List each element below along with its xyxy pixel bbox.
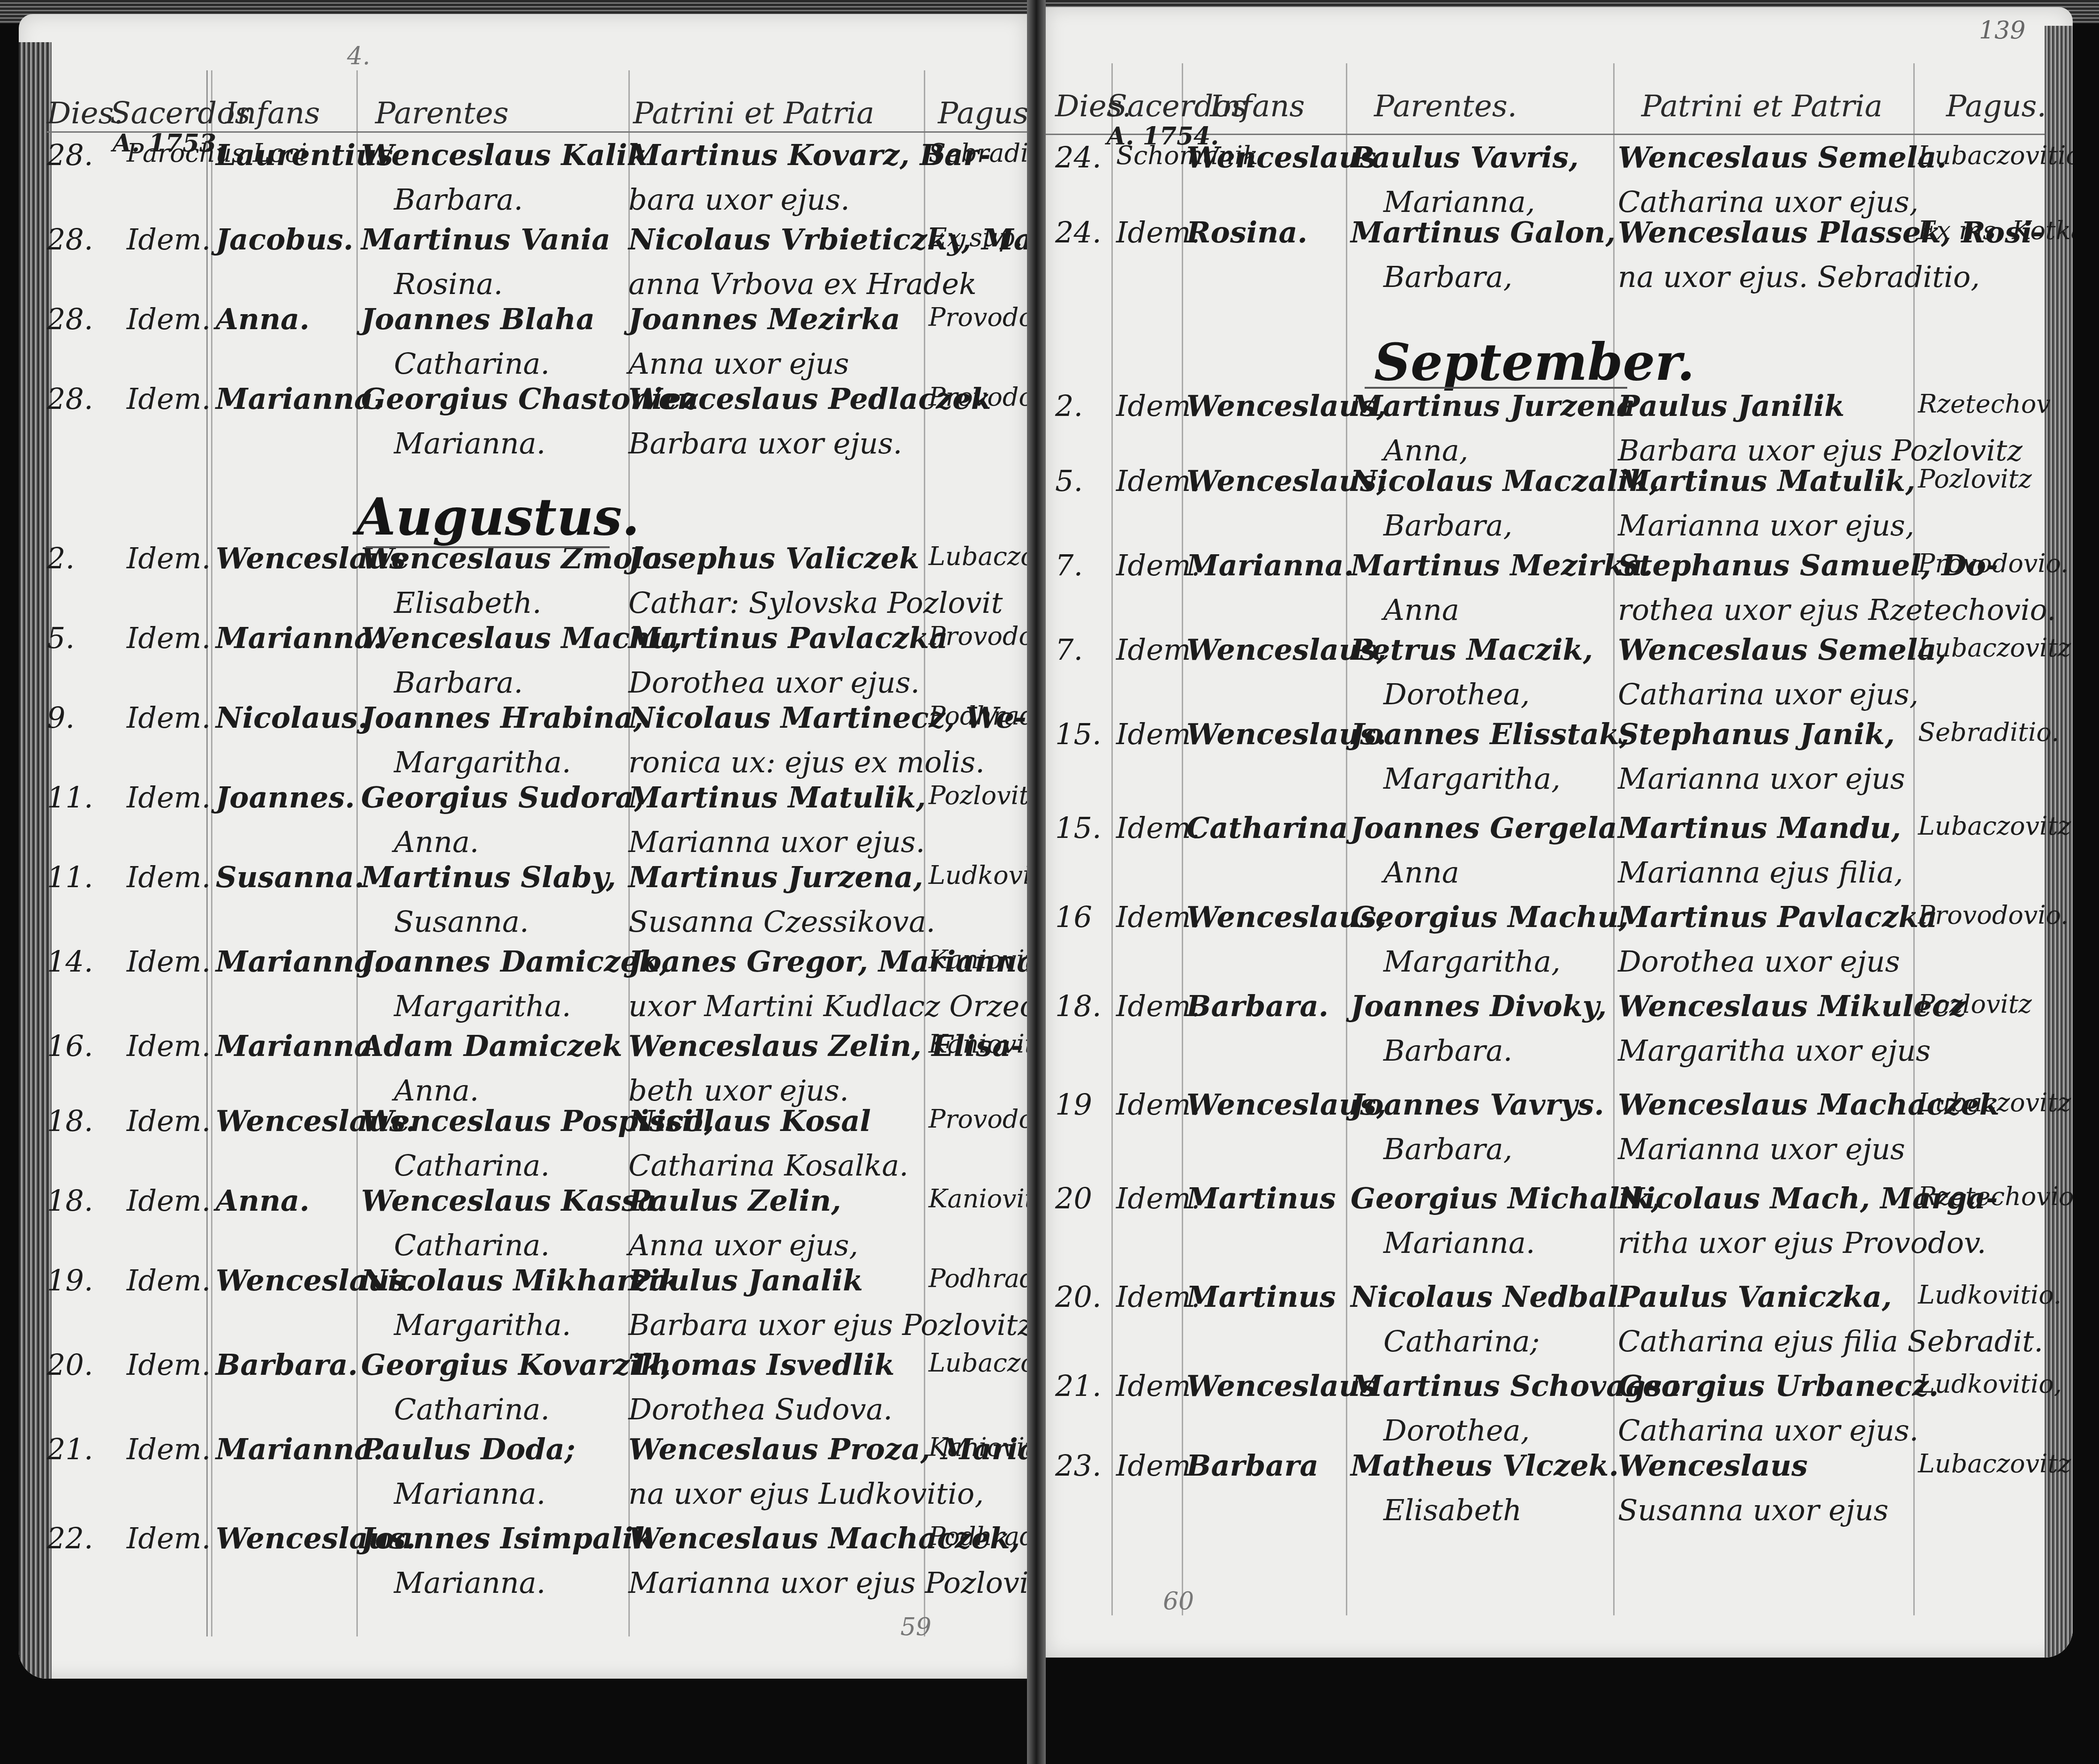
entry-godparent-line2: Barbara uxor ejus Pozlovitz	[628, 1311, 1027, 1340]
entry-pagus: Kaniovitz	[929, 1435, 1027, 1460]
entry-infans: Marianna.	[216, 947, 383, 976]
header-pagus: Pagus.	[1946, 89, 2046, 124]
entry-parent-mother: Dorothea,	[1383, 1416, 1530, 1445]
entry-sacerdos: Idem.	[127, 947, 211, 976]
entry-dies: 5.	[47, 624, 75, 653]
entry-parent-mother: Barbara.	[1383, 1036, 1512, 1065]
entry-parent-father: Martinus Mezirka.	[1351, 551, 1653, 580]
entry-parent-mother: Barbara.	[394, 668, 523, 697]
entry-sacerdos: Idem	[1116, 720, 1191, 749]
entry-sacerdos: Idem.	[127, 1435, 211, 1464]
entry-godparent-line2: Catharina uxor ejus,	[1618, 680, 1918, 709]
entry-dies: 20.	[47, 1350, 93, 1380]
entry-parent-mother: Marianna,	[1383, 188, 1535, 217]
entry-dies: 7.	[1055, 551, 1083, 580]
header-infans: Infans	[225, 96, 320, 131]
entry-infans: Martinus	[1186, 1282, 1336, 1312]
page-stack-edge	[2045, 26, 2073, 1658]
entry-godparent-line2: Barbara uxor ejus.	[628, 429, 902, 458]
entry-pagus: Provodovio.	[1918, 551, 2069, 576]
entry-godparent-line1: Wenceslaus Semela.	[1618, 143, 1947, 172]
entry-infans: Barbara	[1186, 1451, 1319, 1480]
entry-infans: Marianna.	[216, 1435, 383, 1464]
entry-sacerdos: Idem.	[127, 1186, 211, 1215]
entry-infans: Marianna.	[216, 384, 383, 414]
entry-godparent-line2: Catharina uxor ejus.	[1618, 1416, 1918, 1445]
entry-parent-father: Wenceslaus Kalik	[361, 141, 648, 170]
column-rule	[356, 70, 358, 1636]
entry-infans: Joannes.	[216, 783, 355, 812]
entry-dies: 24.	[1055, 218, 1102, 247]
entry-pagus: Ludkovitio,	[1918, 1372, 2062, 1397]
entry-pagus: Pozlovitz	[1918, 467, 2032, 492]
entry-infans: Wenceslaus	[1186, 1372, 1376, 1401]
entry-godparent-line2: Margaritha uxor ejus	[1618, 1036, 1931, 1065]
entry-parent-father: Wenceslaus Zmola	[361, 544, 662, 573]
entry-parent-mother: Susanna.	[394, 907, 529, 936]
month-underline	[366, 546, 610, 548]
entry-godparent-line2: anna Vrbova ex Hradek	[628, 270, 977, 299]
entry-pagus: Provodovio.	[1918, 903, 2069, 928]
header-pagus: Pagus.	[938, 96, 1027, 131]
entry-parent-father: Paulus Doda;	[361, 1435, 575, 1464]
entry-sacerdos: Idem.	[127, 624, 211, 653]
entry-godparent-line1: Nicolaus Kosal	[628, 1107, 871, 1136]
entry-parent-mother: Elisabeth.	[394, 588, 542, 618]
entry-parent-father: Nicolaus Maczalik,	[1351, 467, 1659, 496]
entry-godparent-line1: Stephanus Janik,	[1618, 720, 1895, 749]
entry-parent-mother: Barbara,	[1383, 1135, 1512, 1164]
entry-parent-father: Wenceslaus Kassa.	[361, 1186, 667, 1215]
bottom-page-number: 60	[1163, 1587, 1194, 1615]
entry-dies: 21.	[47, 1435, 93, 1464]
entry-parent-mother: Anna	[1383, 596, 1459, 625]
column-rule	[1111, 63, 1113, 1615]
entry-pagus: Ludkovitz	[929, 863, 1027, 888]
entry-infans: Susanna.	[216, 863, 364, 892]
entry-sacerdos: Idem	[1116, 1451, 1191, 1480]
entry-dies: 7.	[1055, 635, 1083, 664]
entry-dies: 24.	[1055, 143, 1102, 172]
entry-godparent-line1: Martinus Mandu,	[1618, 814, 1901, 843]
entry-parent-mother: Barbara.	[394, 185, 523, 214]
entry-parent-mother: Catharina.	[394, 349, 550, 378]
entry-dies: 28.	[47, 141, 93, 170]
entry-infans: Anna.	[216, 305, 310, 334]
entry-parent-father: Matheus Vlczek.	[1351, 1451, 1619, 1480]
entry-parent-mother: Margaritha.	[394, 1311, 571, 1340]
entry-parent-father: Nicolaus Nedbal.	[1351, 1282, 1629, 1312]
entry-godparent-line2: Marianna ejus filia,	[1618, 858, 1903, 887]
entry-parent-mother: Barbara,	[1383, 263, 1512, 292]
entry-parent-father: Martinus Vania	[361, 225, 611, 254]
entry-parent-mother: Margaritha.	[394, 748, 571, 777]
entry-pagus: Lubaczovitz	[929, 544, 1027, 569]
entry-dies: 11.	[47, 783, 93, 812]
entry-godparent-line2: Dorothea uxor ejus.	[628, 668, 920, 697]
entry-godparent-line2: Cathar: Sylovska Pozlovit	[628, 588, 1003, 618]
folio-mark: 4.	[347, 42, 370, 70]
entry-godparent-line2: Catharina Kosalka.	[628, 1151, 908, 1180]
entry-parent-father: Georgius Machu,	[1351, 903, 1629, 932]
entry-dies: 28.	[47, 305, 93, 334]
entry-godparent-line2: Marianna uxor ejus,	[1618, 511, 1914, 540]
entry-parent-father: Georgius Sudora,	[361, 783, 644, 812]
entry-godparent-line2: Marianna uxor ejus	[1618, 764, 1905, 793]
entry-dies: 21.	[1055, 1372, 1102, 1401]
entry-godparent-line2: Anna uxor ejus	[628, 349, 849, 378]
entry-dies: 16.	[47, 1032, 93, 1061]
entry-pagus: Ex sup. Chot.	[929, 225, 1027, 250]
entry-infans: Barbara.	[1186, 992, 1329, 1021]
month-heading-augustus: Augustus.	[356, 488, 640, 547]
entry-dies: 23.	[1055, 1451, 1102, 1480]
entry-parent-father: Petrus Maczik,	[1351, 635, 1593, 664]
entry-godparent-line1: Thomas Isvedlik	[628, 1350, 895, 1380]
entry-parent-mother: Dorothea,	[1383, 680, 1530, 709]
entry-pagus: Kaniovitz	[929, 1032, 1027, 1057]
header-parentes: Parentes.	[1374, 89, 1517, 124]
entry-pagus: Pozlovitz	[929, 783, 1027, 808]
entry-godparent-line1: Georgius Urbanecz.	[1618, 1372, 1939, 1401]
entry-godparent-line2: Catharina ejus filia Sebradit.	[1618, 1327, 2043, 1356]
month-heading-september: September.	[1374, 333, 1695, 392]
entry-dies: 2.	[1055, 392, 1083, 421]
entry-infans: Marianna.	[216, 624, 383, 653]
entry-pagus: Kaniovitz	[929, 947, 1027, 972]
entry-infans: Wenceslaus	[1186, 143, 1376, 172]
entry-pagus: Lubaczovitz	[1918, 814, 2071, 839]
entry-parent-father: Paulus Vavris,	[1351, 143, 1579, 172]
entry-dies: 19	[1055, 1090, 1092, 1119]
entry-sacerdos: Idem.	[127, 1107, 211, 1136]
entry-parent-father: Georgius Michalik,	[1351, 1184, 1661, 1213]
right-page: 139 Dies. Sacerdos Infans Parentes. Patr…	[1046, 7, 2073, 1658]
entry-parent-mother: Marianna.	[394, 1479, 545, 1508]
entry-godparent-line2: Anna uxor ejus,	[628, 1231, 858, 1260]
entry-sacerdos: Idem.	[127, 544, 211, 573]
entry-infans: Anna.	[216, 1186, 310, 1215]
bottom-page-number: 59	[900, 1613, 931, 1641]
entry-sacerdos: Idem.	[127, 863, 211, 892]
entry-pagus: Ludkovitio.	[1918, 1282, 2061, 1308]
entry-infans: Nicolaus.	[216, 703, 368, 732]
entry-godparent-line1: Wenceslaus	[1618, 1451, 1808, 1480]
entry-sacerdos: Idem.	[127, 225, 211, 254]
entry-pagus: Rzetechovio.	[1918, 1184, 2073, 1209]
entry-dies: 22.	[47, 1524, 93, 1553]
entry-parent-father: Joannes Hrabina,	[361, 703, 643, 732]
header-patrini: Patrini et Patria	[633, 96, 874, 131]
entry-pagus: Sebraditio.	[1918, 720, 2059, 745]
entry-pagus: Provodovio.	[929, 1107, 1027, 1132]
entry-infans: Jacobus.	[216, 225, 354, 254]
entry-godparent-line2: ritha uxor ejus Provodov.	[1618, 1229, 1986, 1258]
entry-parent-mother: Barbara,	[1383, 511, 1512, 540]
month-underline	[1365, 387, 1627, 389]
entry-godparent-line1: Martinus Pavlaczka	[1618, 903, 1937, 932]
entry-infans: Catharina	[1186, 814, 1348, 843]
entry-parent-father: Joannes Damiczek,	[361, 947, 669, 976]
entry-godparent-line1: Joannes Mezirka	[628, 305, 900, 334]
entry-sacerdos: Idem.	[127, 1266, 211, 1295]
entry-godparent-line1: Paulus Janalik	[628, 1266, 863, 1295]
entry-godparent-line2: uxor Martini Kudlacz Orzechovio.	[628, 992, 1027, 1021]
entry-godparent-line2: Marianna uxor ejus Pozlovitio	[628, 1568, 1027, 1598]
entry-pagus: Sebraditio	[929, 141, 1027, 166]
entry-infans: Marianna	[216, 1032, 373, 1061]
entry-parent-father: Martinus Jurzena	[1351, 392, 1635, 421]
entry-parent-mother: Catharina.	[394, 1395, 550, 1424]
entry-parent-father: Georgius Kovarzik,	[361, 1350, 671, 1380]
entry-godparent-line1: Martinus Matulik,	[628, 783, 926, 812]
entry-parent-mother: Anna.	[394, 828, 479, 857]
entry-sacerdos: Idem.	[127, 1524, 211, 1553]
entry-sacerdos: Idem	[1116, 1372, 1191, 1401]
entry-godparent-line2: Dorothea uxor ejus	[1618, 947, 1900, 976]
entry-pagus: Podhradio	[929, 703, 1027, 729]
entry-pagus: Lubaczovitz	[1918, 1090, 2071, 1116]
entry-dies: 20	[1055, 1184, 1092, 1213]
entry-godparent-line2: na uxor ejus. Sebraditio,	[1618, 263, 1980, 292]
entry-infans: Martinus	[1186, 1184, 1336, 1213]
entry-godparent-line1: Martinus Matulik,	[1618, 467, 1915, 496]
entry-dies: 16	[1055, 903, 1092, 932]
entry-parent-mother: Marianna.	[394, 1568, 545, 1598]
entry-pagus: Pozlovitz	[1918, 992, 2032, 1017]
entry-parent-mother: Margaritha,	[1383, 764, 1561, 793]
entry-dies: 19.	[47, 1266, 93, 1295]
entry-sacerdos: Idem	[1116, 392, 1191, 421]
entry-parent-mother: Catharina;	[1383, 1327, 1540, 1356]
entry-infans: Rosina.	[1186, 218, 1307, 247]
entry-godparent-line1: Paulus Vaniczka,	[1618, 1282, 1892, 1312]
entry-godparent-line1: Paulus Zelin,	[628, 1186, 841, 1215]
entry-godparent-line1: Paulus Janilik	[1618, 392, 1845, 421]
entry-dies: 18.	[1055, 992, 1102, 1021]
header-infans: Infans	[1210, 89, 1305, 124]
entry-parent-mother: Catharina.	[394, 1231, 550, 1260]
entry-parent-father: Joannes Elisstak,	[1351, 720, 1629, 749]
entry-dies: 18.	[47, 1107, 93, 1136]
entry-parent-father: Joannes Vavrys.	[1351, 1090, 1604, 1119]
entry-dies: 14.	[47, 947, 93, 976]
entry-dies: 5.	[1055, 467, 1083, 496]
entry-parent-mother: Rosina.	[394, 270, 503, 299]
entry-godparent-line2: beth uxor ejus.	[628, 1076, 849, 1105]
entry-sacerdos: Idem	[1116, 635, 1191, 664]
entry-pagus: Lubaczovitz	[1918, 635, 2071, 661]
entry-parent-mother: Catharina.	[394, 1151, 550, 1180]
entry-dies: 28.	[47, 225, 93, 254]
entry-godparent-line1: Wenceslaus Semela,	[1618, 635, 1947, 664]
entry-pagus: Provodovio	[929, 305, 1027, 330]
entry-parent-mother: Margaritha,	[1383, 947, 1561, 976]
entry-dies: 15.	[1055, 814, 1102, 843]
entry-dies: 2.	[47, 544, 75, 573]
entry-parent-father: Joannes Blaha	[361, 305, 595, 334]
entry-pagus: Lubaczovitz	[1918, 1451, 2071, 1477]
entry-godparent-line2: Susanna Czessikova.	[628, 907, 936, 936]
entry-pagus: Kaniovitz	[929, 1186, 1027, 1212]
entry-godparent-line1: Wenceslaus Mikulecz	[1618, 992, 1966, 1021]
entry-sacerdos: Idem.	[127, 1032, 211, 1061]
entry-parent-father: Martinus Slaby,	[361, 863, 616, 892]
entry-godparent-line2: Barbara uxor ejus Pozlovitz	[1618, 436, 2023, 465]
entry-godparent-line2: Dorothea Sudova.	[628, 1395, 892, 1424]
entry-godparent-line2: Marianna uxor ejus.	[628, 828, 925, 857]
entry-pagus: Lubaczovitz	[929, 1350, 1027, 1376]
entry-infans: Barbara.	[216, 1350, 358, 1380]
entry-dies: 15.	[1055, 720, 1102, 749]
entry-parent-father: Joannes Divoky,	[1351, 992, 1607, 1021]
entry-godparent-line1: Martinus Jurzena,	[628, 863, 923, 892]
entry-dies: 20.	[1055, 1282, 1102, 1312]
entry-sacerdos: Idem.	[127, 783, 211, 812]
entry-dies: 28.	[47, 384, 93, 414]
entry-godparent-line2: Susanna uxor ejus	[1618, 1496, 1888, 1525]
entry-dies: 18.	[47, 1186, 93, 1215]
entry-infans: Marianna.	[1186, 551, 1354, 580]
entry-sacerdos: Idem.	[127, 1350, 211, 1380]
entry-pagus: Provodovio	[929, 624, 1027, 649]
entry-sacerdos: Idem.	[127, 384, 211, 414]
page-number: 139	[1979, 16, 2025, 45]
book-spine	[1027, 0, 1046, 1764]
entry-godparent-line2: rothea uxor ejus Rzetechovio.	[1618, 596, 2056, 625]
entry-pagus: Podhradio.	[929, 1524, 1027, 1549]
entry-sacerdos: Idem.	[127, 305, 211, 334]
entry-godparent-line2: Catharina uxor ejus,	[1618, 188, 1918, 217]
entry-parent-father: Joannes Gergela	[1351, 814, 1617, 843]
entry-dies: 9.	[47, 703, 75, 732]
entry-parent-mother: Elisabeth	[1383, 1496, 1522, 1525]
entry-parent-mother: Margaritha.	[394, 992, 571, 1021]
entry-godparent-line1: Martinus Pavlaczka	[628, 624, 948, 653]
entry-dies: 11.	[47, 863, 93, 892]
entry-godparent-line2: bara uxor ejus.	[628, 185, 850, 214]
entry-parent-mother: Anna,	[1383, 436, 1468, 465]
entry-godparent-line1: Josephus Valiczek	[628, 544, 919, 573]
entry-godparent-line2: Marianna uxor ejus	[1618, 1135, 1905, 1164]
entry-godparent-line2: na uxor ejus Ludkovitio,	[628, 1479, 984, 1508]
column-rule	[211, 70, 212, 1636]
header-patrini: Patrini et Patria	[1641, 89, 1882, 124]
entry-parent-father: Martinus Galon,	[1351, 218, 1616, 247]
header-parentes: Parentes	[375, 96, 508, 131]
entry-parent-mother: Marianna.	[1383, 1229, 1535, 1258]
entry-parent-mother: Marianna.	[394, 429, 545, 458]
left-page: 4. Dies. Sacerdos Infans Parentes Patrin…	[19, 14, 1027, 1679]
entry-parent-father: Joannes Isimpalik	[361, 1524, 654, 1553]
entry-pagus: Podhradio.	[929, 1266, 1027, 1291]
entry-godparent-line2: ronica ux: ejus ex molis.	[628, 748, 985, 777]
entry-sacerdos: Idem.	[127, 703, 211, 732]
entry-pagus: Provodovio	[929, 384, 1027, 410]
entry-pagus: Lubaczovitio	[1918, 143, 2073, 168]
entry-pagus: Ex ms. Kotka	[1918, 218, 2073, 243]
entry-parent-father: Adam Damiczek	[361, 1032, 622, 1061]
entry-pagus: Rzetechov	[1918, 392, 2051, 417]
entry-parent-mother: Anna.	[394, 1076, 479, 1105]
entry-parent-mother: Anna	[1383, 858, 1459, 887]
